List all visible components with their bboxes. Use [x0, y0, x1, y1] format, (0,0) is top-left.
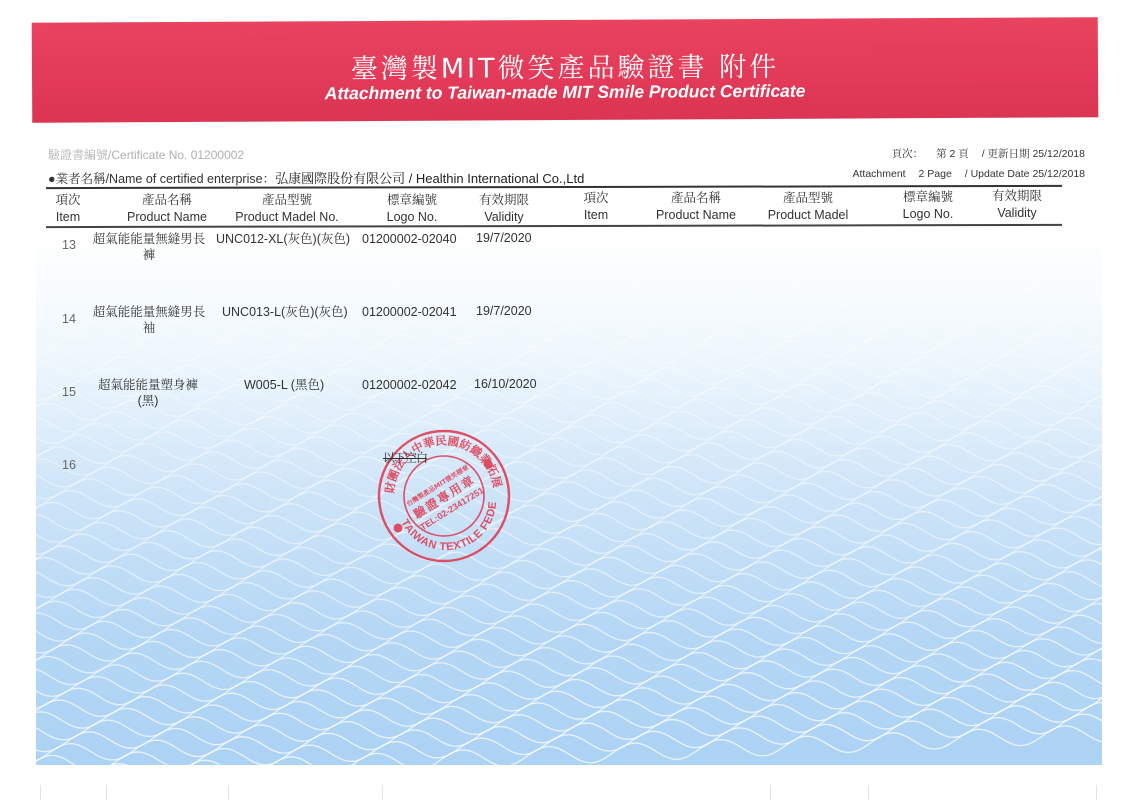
update-date-en: / Update Date 25/12/2018 — [965, 168, 1085, 180]
bullet-icon: ● — [48, 172, 56, 186]
col-header-en: Logo No. — [890, 206, 966, 223]
col-header-product-name-left: 產品名稱 Product Name — [112, 192, 222, 226]
product-name-line2: 褲 — [143, 248, 156, 262]
row-model: UNC013-L(灰色)(灰色) — [222, 304, 348, 320]
col-header-zh: 產品名稱 — [112, 192, 222, 209]
row-validity: 19/7/2020 — [476, 230, 532, 246]
row-product-name: 超氣能能量無縫男長 褲 — [88, 231, 210, 263]
row-item-number: 15 — [62, 384, 76, 400]
certificate-number: 驗證書編號/Certificate No. 01200002 — [48, 146, 244, 163]
col-header-zh: 有效期限 — [980, 188, 1054, 205]
page-info-english: Attachment 2 Page / Update Date 25/12/20… — [842, 168, 1085, 180]
enterprise-name: 弘康國際股份有限公司 / Healthin International Co.,… — [275, 171, 584, 186]
col-header-en: Item — [576, 207, 616, 224]
row-logo-number: 01200002-02042 — [362, 377, 457, 393]
scan-edge-marks — [0, 785, 1131, 800]
row-validity: 16/10/2020 — [474, 376, 537, 392]
update-date-zh: / 更新日期 25/12/2018 — [982, 148, 1085, 160]
col-header-logo-left: 標章編號 Logo No. — [372, 192, 452, 226]
certificate-label-en: /Certificate No. 01200002 — [108, 148, 244, 162]
col-header-en: Logo No. — [372, 209, 452, 226]
product-name-line2: (黑) — [138, 394, 159, 408]
row-product-name: 超氣能能量塑身褲 (黑) — [92, 377, 204, 409]
title-english: Attachment to Taiwan-made MIT Smile Prod… — [32, 79, 1098, 106]
col-header-zh: 標章編號 — [372, 192, 452, 209]
product-name-line1: 超氣能能量無縫男長 — [93, 305, 206, 319]
col-header-model-right: 產品型號 Product Madel — [758, 190, 858, 224]
page-value-zh: 第 2 頁 — [936, 148, 969, 160]
plum-blossom-icon — [394, 524, 403, 533]
col-header-en: Product Name — [112, 209, 222, 226]
row-model: W005-L (黑色) — [244, 377, 324, 393]
col-header-en: Validity — [980, 205, 1054, 222]
enterprise-label: 業者名稱/Name of certified enterprise： — [56, 172, 276, 186]
col-header-zh: 產品型號 — [222, 192, 352, 209]
col-header-zh: 有效期限 — [468, 192, 540, 209]
col-header-product-name-right: 產品名稱 Product Name — [646, 190, 746, 224]
col-header-zh: 產品名稱 — [646, 190, 746, 207]
col-header-logo-right: 標章編號 Logo No. — [890, 189, 966, 223]
page-label-zh: 頁次： — [892, 148, 924, 160]
row-logo-number: 01200002-02040 — [362, 231, 457, 247]
enterprise-line: ●業者名稱/Name of certified enterprise：弘康國際股… — [48, 168, 584, 187]
col-header-en: Validity — [468, 209, 540, 226]
col-header-en: Item — [50, 209, 86, 226]
col-header-zh: 標章編號 — [890, 189, 966, 206]
product-name-line1: 超氣能能量無縫男長 — [93, 232, 206, 246]
col-header-validity-left: 有效期限 Validity — [468, 192, 540, 226]
col-header-en: Product Name — [646, 207, 746, 224]
end-of-list-mark: 以下空白 — [383, 449, 427, 466]
row-validity: 19/7/2020 — [476, 303, 532, 319]
plum-blossom-icon — [484, 460, 493, 469]
col-header-en: Product Madel — [758, 207, 858, 224]
row-model: UNC012-XL(灰色)(灰色) — [216, 231, 350, 247]
col-header-en: Product Madel No. — [222, 209, 352, 226]
col-header-zh: 項次 — [576, 190, 616, 207]
row-logo-number: 01200002-02041 — [362, 304, 457, 320]
col-header-zh: 項次 — [50, 192, 86, 209]
title-banner: 臺灣製MIT微笑產品驗證書 附件 Attachment to Taiwan-ma… — [32, 17, 1099, 123]
certificate-label-zh: 驗證書編號 — [48, 148, 108, 162]
col-header-item-right: 項次 Item — [576, 190, 616, 224]
page-info-chinese: 頁次： 第 2 頁 / 更新日期 25/12/2018 — [882, 146, 1085, 161]
row-product-name: 超氣能能量無縫男長 袖 — [88, 304, 210, 336]
col-header-model-left: 產品型號 Product Madel No. — [222, 192, 352, 226]
row-item-number: 14 — [62, 311, 76, 327]
row-item-number: 16 — [62, 457, 76, 473]
product-name-line2: 袖 — [143, 321, 156, 335]
col-header-zh: 產品型號 — [758, 190, 858, 207]
row-item-number: 13 — [62, 237, 76, 253]
col-header-validity-right: 有效期限 Validity — [980, 188, 1054, 222]
product-name-line1: 超氣能能量塑身褲 — [98, 378, 198, 392]
page-label-en: Attachment — [852, 168, 905, 180]
page-value-en: 2 Page — [919, 168, 952, 180]
col-header-item-left: 項次 Item — [50, 192, 86, 226]
